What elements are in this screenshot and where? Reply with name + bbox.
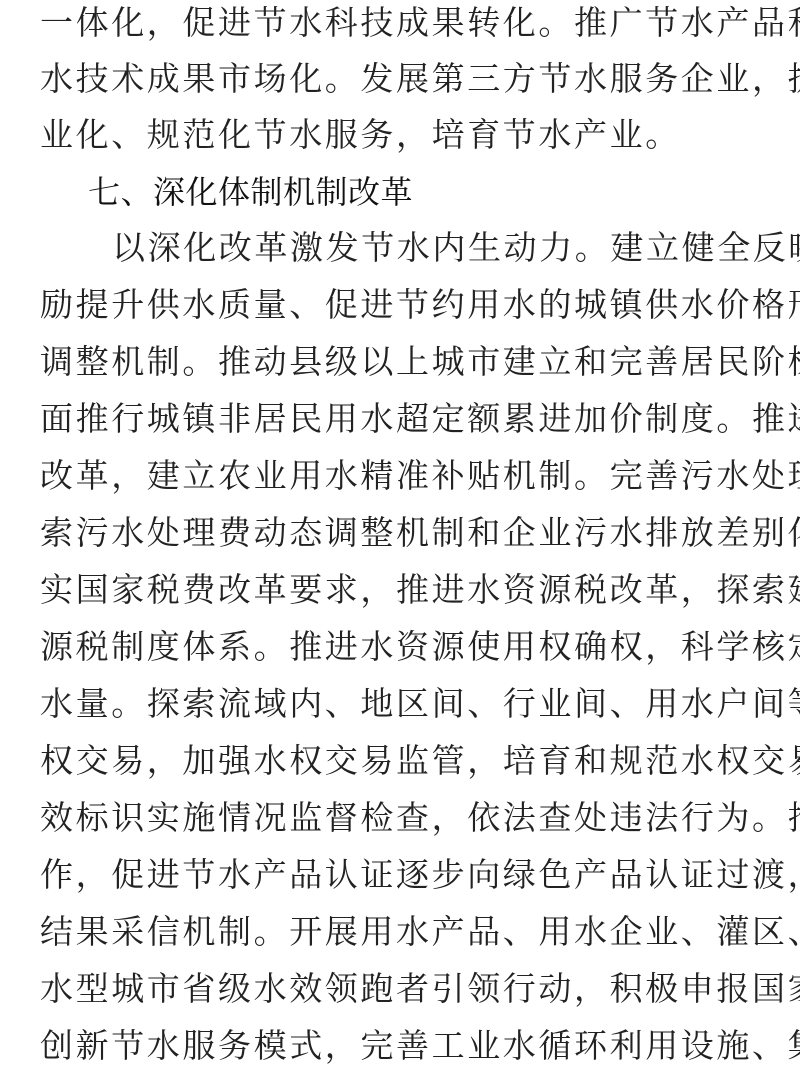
paragraph-line: 索污水处理费动态调整机制和企业污水排放差别化收费机制。落: [40, 513, 800, 553]
paragraph-line: 面推行城镇非居民用水超定额累进加价制度。推进农业水价综合: [40, 399, 800, 439]
paragraph-line: 水型城市省级水效领跑者引领行动，积极申报国家水效领跑者。: [40, 969, 800, 1009]
paragraph-line: 改革，建立农业用水精准补贴机制。完善污水处理收费制度，探: [40, 456, 800, 496]
paragraph-line: 以深化改革激发节水内生动力。建立健全反映供水成本、激: [112, 228, 800, 268]
paragraph-line: 创新节水服务模式，完善工业水循环利用设施、集中建筑中水设: [40, 1026, 800, 1066]
paragraph-line: 水量。探索流域内、地区间、行业间、用水户间等多种形式的水: [40, 684, 800, 724]
paragraph-line: 一体化，促进节水科技成果转化。推广节水产品和技术，推动节: [40, 3, 800, 43]
paragraph-line: 结果采信机制。开展用水产品、用水企业、灌区、公共机构和节: [40, 912, 800, 952]
section-heading-7: 七、深化体制机制改革: [88, 172, 413, 212]
paragraph-line: 效标识实施情况监督检查，依法查处违法行为。推动节水认证工: [40, 798, 800, 838]
paragraph-line: 业化、规范化节水服务，培育节水产业。: [40, 115, 681, 155]
paragraph-line: 源税制度体系。推进水资源使用权确权，科学核定取用水户许可: [40, 627, 800, 667]
paragraph-line: 水技术成果市场化。发展第三方节水服务企业，提供社会化、专: [40, 59, 800, 99]
paragraph-line: 励提升供水质量、促进节约用水的城镇供水价格形成机制和动态: [40, 285, 800, 325]
paragraph-line: 作，促进节水产品认证逐步向绿色产品认证过渡，完善相关认证: [40, 855, 800, 895]
paragraph-line: 权交易，加强水权交易监管，培育和规范水权交易市场。强化水: [40, 741, 800, 781]
paragraph-line: 调整机制。推动县级以上城市建立和完善居民阶梯水价制度，全: [40, 342, 800, 382]
paragraph-line: 实国家税费改革要求，推进水资源税改革，探索建立合理的水资: [40, 570, 800, 610]
